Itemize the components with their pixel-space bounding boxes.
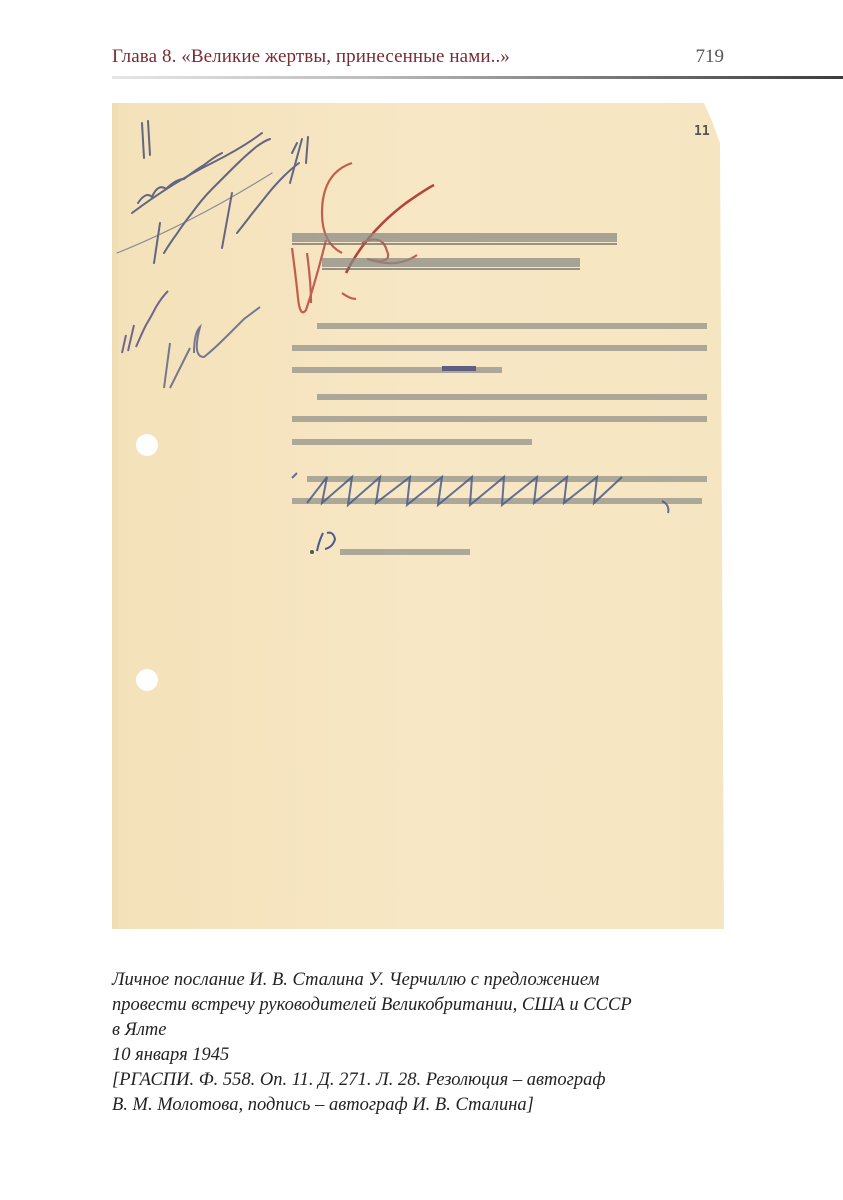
caption-source: [РГАСПИ. Ф. 558. Оп. 11. Д. 271. Л. 28. …: [112, 1068, 752, 1093]
punch-hole: [136, 434, 158, 456]
document-scan: 11: [112, 103, 724, 929]
page-number: 719: [696, 46, 725, 68]
svg-text:11: 11: [694, 124, 710, 139]
caption-source: В. М. Молотова, подпись – автограф И. В.…: [112, 1093, 752, 1118]
caption-line: Личное послание И. В. Сталина У. Черчилл…: [112, 968, 752, 993]
caption-line: в Ялте: [112, 1018, 752, 1043]
header-rule: [112, 76, 843, 79]
running-head: Глава 8. «Великие жертвы, принесенные на…: [112, 46, 724, 76]
archive-document-image: 11: [112, 103, 724, 929]
paper-sheet: [112, 103, 724, 929]
figure-caption: Личное послание И. В. Сталина У. Черчилл…: [112, 968, 752, 1118]
caption-date: 10 января 1945: [112, 1043, 752, 1068]
caption-line: провести встречу руководителей Великобри…: [112, 993, 752, 1018]
chapter-title: Глава 8. «Великие жертвы, принесенные на…: [112, 46, 510, 68]
punch-hole: [136, 669, 158, 691]
